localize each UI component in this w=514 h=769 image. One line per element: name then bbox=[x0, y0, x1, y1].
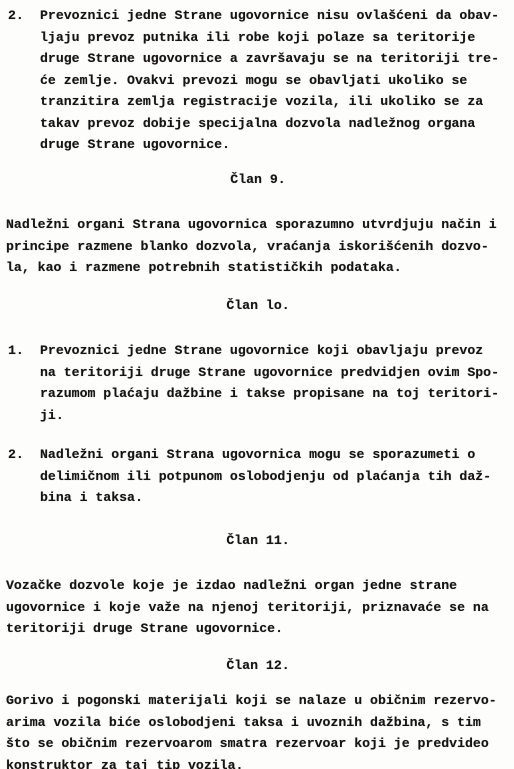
item-text: Prevoznici jedne Strane ugovornice nisu … bbox=[40, 5, 510, 156]
scanned-document-page: 2. Prevoznici jedne Strane ugovornice ni… bbox=[0, 0, 514, 769]
clan-11-heading: Član 11. bbox=[6, 530, 510, 552]
numbered-item-2b: 2. Nadležni organi Strana ugovornica mog… bbox=[6, 444, 510, 509]
numbered-item-1: 1. Prevoznici jedne Strane ugovornice ko… bbox=[6, 340, 510, 426]
item-text: Nadležni organi Strana ugovornica mogu s… bbox=[40, 444, 510, 509]
clan-11-paragraph: Vozačke dozvole koje je izdao nadležni o… bbox=[6, 575, 510, 640]
clan-12-paragraph: Gorivo i pogonski materijali koji se nal… bbox=[6, 690, 510, 769]
item-number: 1. bbox=[8, 340, 24, 362]
clan-10-heading: Član lo. bbox=[6, 295, 510, 317]
item-number: 2. bbox=[8, 444, 24, 466]
numbered-item-2: 2. Prevoznici jedne Strane ugovornice ni… bbox=[6, 5, 510, 156]
item-number: 2. bbox=[8, 5, 24, 27]
item-text: Prevoznici jedne Strane ugovornice koji … bbox=[40, 340, 510, 426]
clan-12-heading: Član 12. bbox=[6, 655, 510, 677]
clan-9-heading: Član 9. bbox=[6, 169, 510, 191]
clan-9-paragraph: Nadležni organi Strana ugovornica sporaz… bbox=[6, 214, 510, 279]
